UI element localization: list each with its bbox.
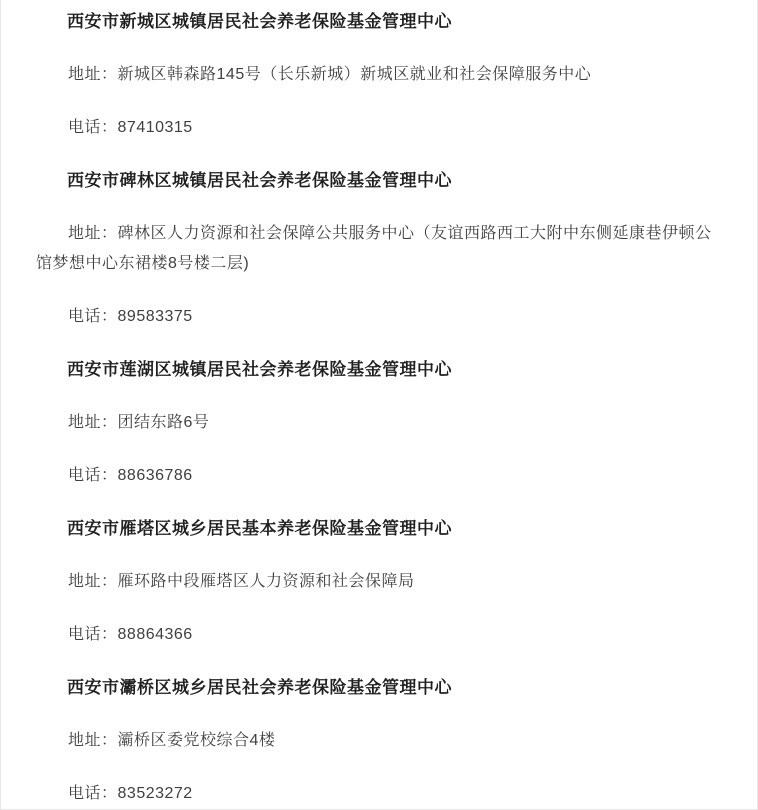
center-address-line: 地址：雁环路中段雁塔区人力资源和社会保障局 (36, 567, 722, 597)
article-body: 西安市新城区城镇居民社会养老保险基金管理中心 地址：新城区韩森路145号（长乐新… (1, 0, 757, 809)
address-value: 雁环路中段雁塔区人力资源和社会保障局 (118, 573, 415, 590)
center-block-yanta: 西安市雁塔区城乡居民基本养老保险基金管理中心 地址：雁环路中段雁塔区人力资源和社… (36, 514, 722, 650)
address-value: 碑林区人力资源和社会保障公共服务中心（友谊西路西工大附中东侧延康巷伊顿公馆梦想中… (36, 225, 712, 272)
center-address-line: 地址：碑林区人力资源和社会保障公共服务中心（友谊西路西工大附中东侧延康巷伊顿公馆… (36, 219, 722, 279)
address-label: 地址： (68, 732, 118, 749)
address-label: 地址： (68, 414, 118, 431)
phone-label: 电话： (68, 785, 118, 802)
address-label: 地址： (68, 66, 118, 83)
center-phone-line: 电话：87410315 (36, 113, 722, 143)
address-value: 灞桥区委党校综合4楼 (118, 732, 276, 749)
phone-value: 89583375 (118, 308, 193, 325)
address-label: 地址： (68, 225, 118, 242)
phone-label: 电话： (68, 626, 118, 643)
center-title: 西安市灞桥区城乡居民社会养老保险基金管理中心 (36, 673, 722, 703)
center-block-xincheng: 西安市新城区城镇居民社会养老保险基金管理中心 地址：新城区韩森路145号（长乐新… (36, 7, 722, 143)
phone-label: 电话： (68, 119, 118, 136)
center-title: 西安市碑林区城镇居民社会养老保险基金管理中心 (36, 166, 722, 196)
center-phone-line: 电话：89583375 (36, 302, 722, 332)
center-block-baqiao: 西安市灞桥区城乡居民社会养老保险基金管理中心 地址：灞桥区委党校综合4楼 电话：… (36, 673, 722, 809)
center-phone-line: 电话：88864366 (36, 620, 722, 650)
center-title: 西安市雁塔区城乡居民基本养老保险基金管理中心 (36, 514, 722, 544)
center-phone-line: 电话：88636786 (36, 461, 722, 491)
center-block-beilin: 西安市碑林区城镇居民社会养老保险基金管理中心 地址：碑林区人力资源和社会保障公共… (36, 166, 722, 332)
phone-value: 88864366 (118, 626, 193, 643)
address-label: 地址： (68, 573, 118, 590)
center-block-lianhu: 西安市莲湖区城镇居民社会养老保险基金管理中心 地址：团结东路6号 电话：8863… (36, 355, 722, 491)
center-address-line: 地址：团结东路6号 (36, 408, 722, 438)
center-title: 西安市莲湖区城镇居民社会养老保险基金管理中心 (36, 355, 722, 385)
center-address-line: 地址：灞桥区委党校综合4楼 (36, 726, 722, 756)
phone-value: 88636786 (118, 467, 193, 484)
address-value: 新城区韩森路145号（长乐新城）新城区就业和社会保障服务中心 (118, 66, 592, 83)
center-phone-line: 电话：83523272 (36, 779, 722, 809)
center-title: 西安市新城区城镇居民社会养老保险基金管理中心 (36, 7, 722, 37)
phone-value: 83523272 (118, 785, 193, 802)
phone-label: 电话： (68, 467, 118, 484)
center-address-line: 地址：新城区韩森路145号（长乐新城）新城区就业和社会保障服务中心 (36, 60, 722, 90)
phone-value: 87410315 (118, 119, 193, 136)
address-value: 团结东路6号 (118, 414, 210, 431)
phone-label: 电话： (68, 308, 118, 325)
